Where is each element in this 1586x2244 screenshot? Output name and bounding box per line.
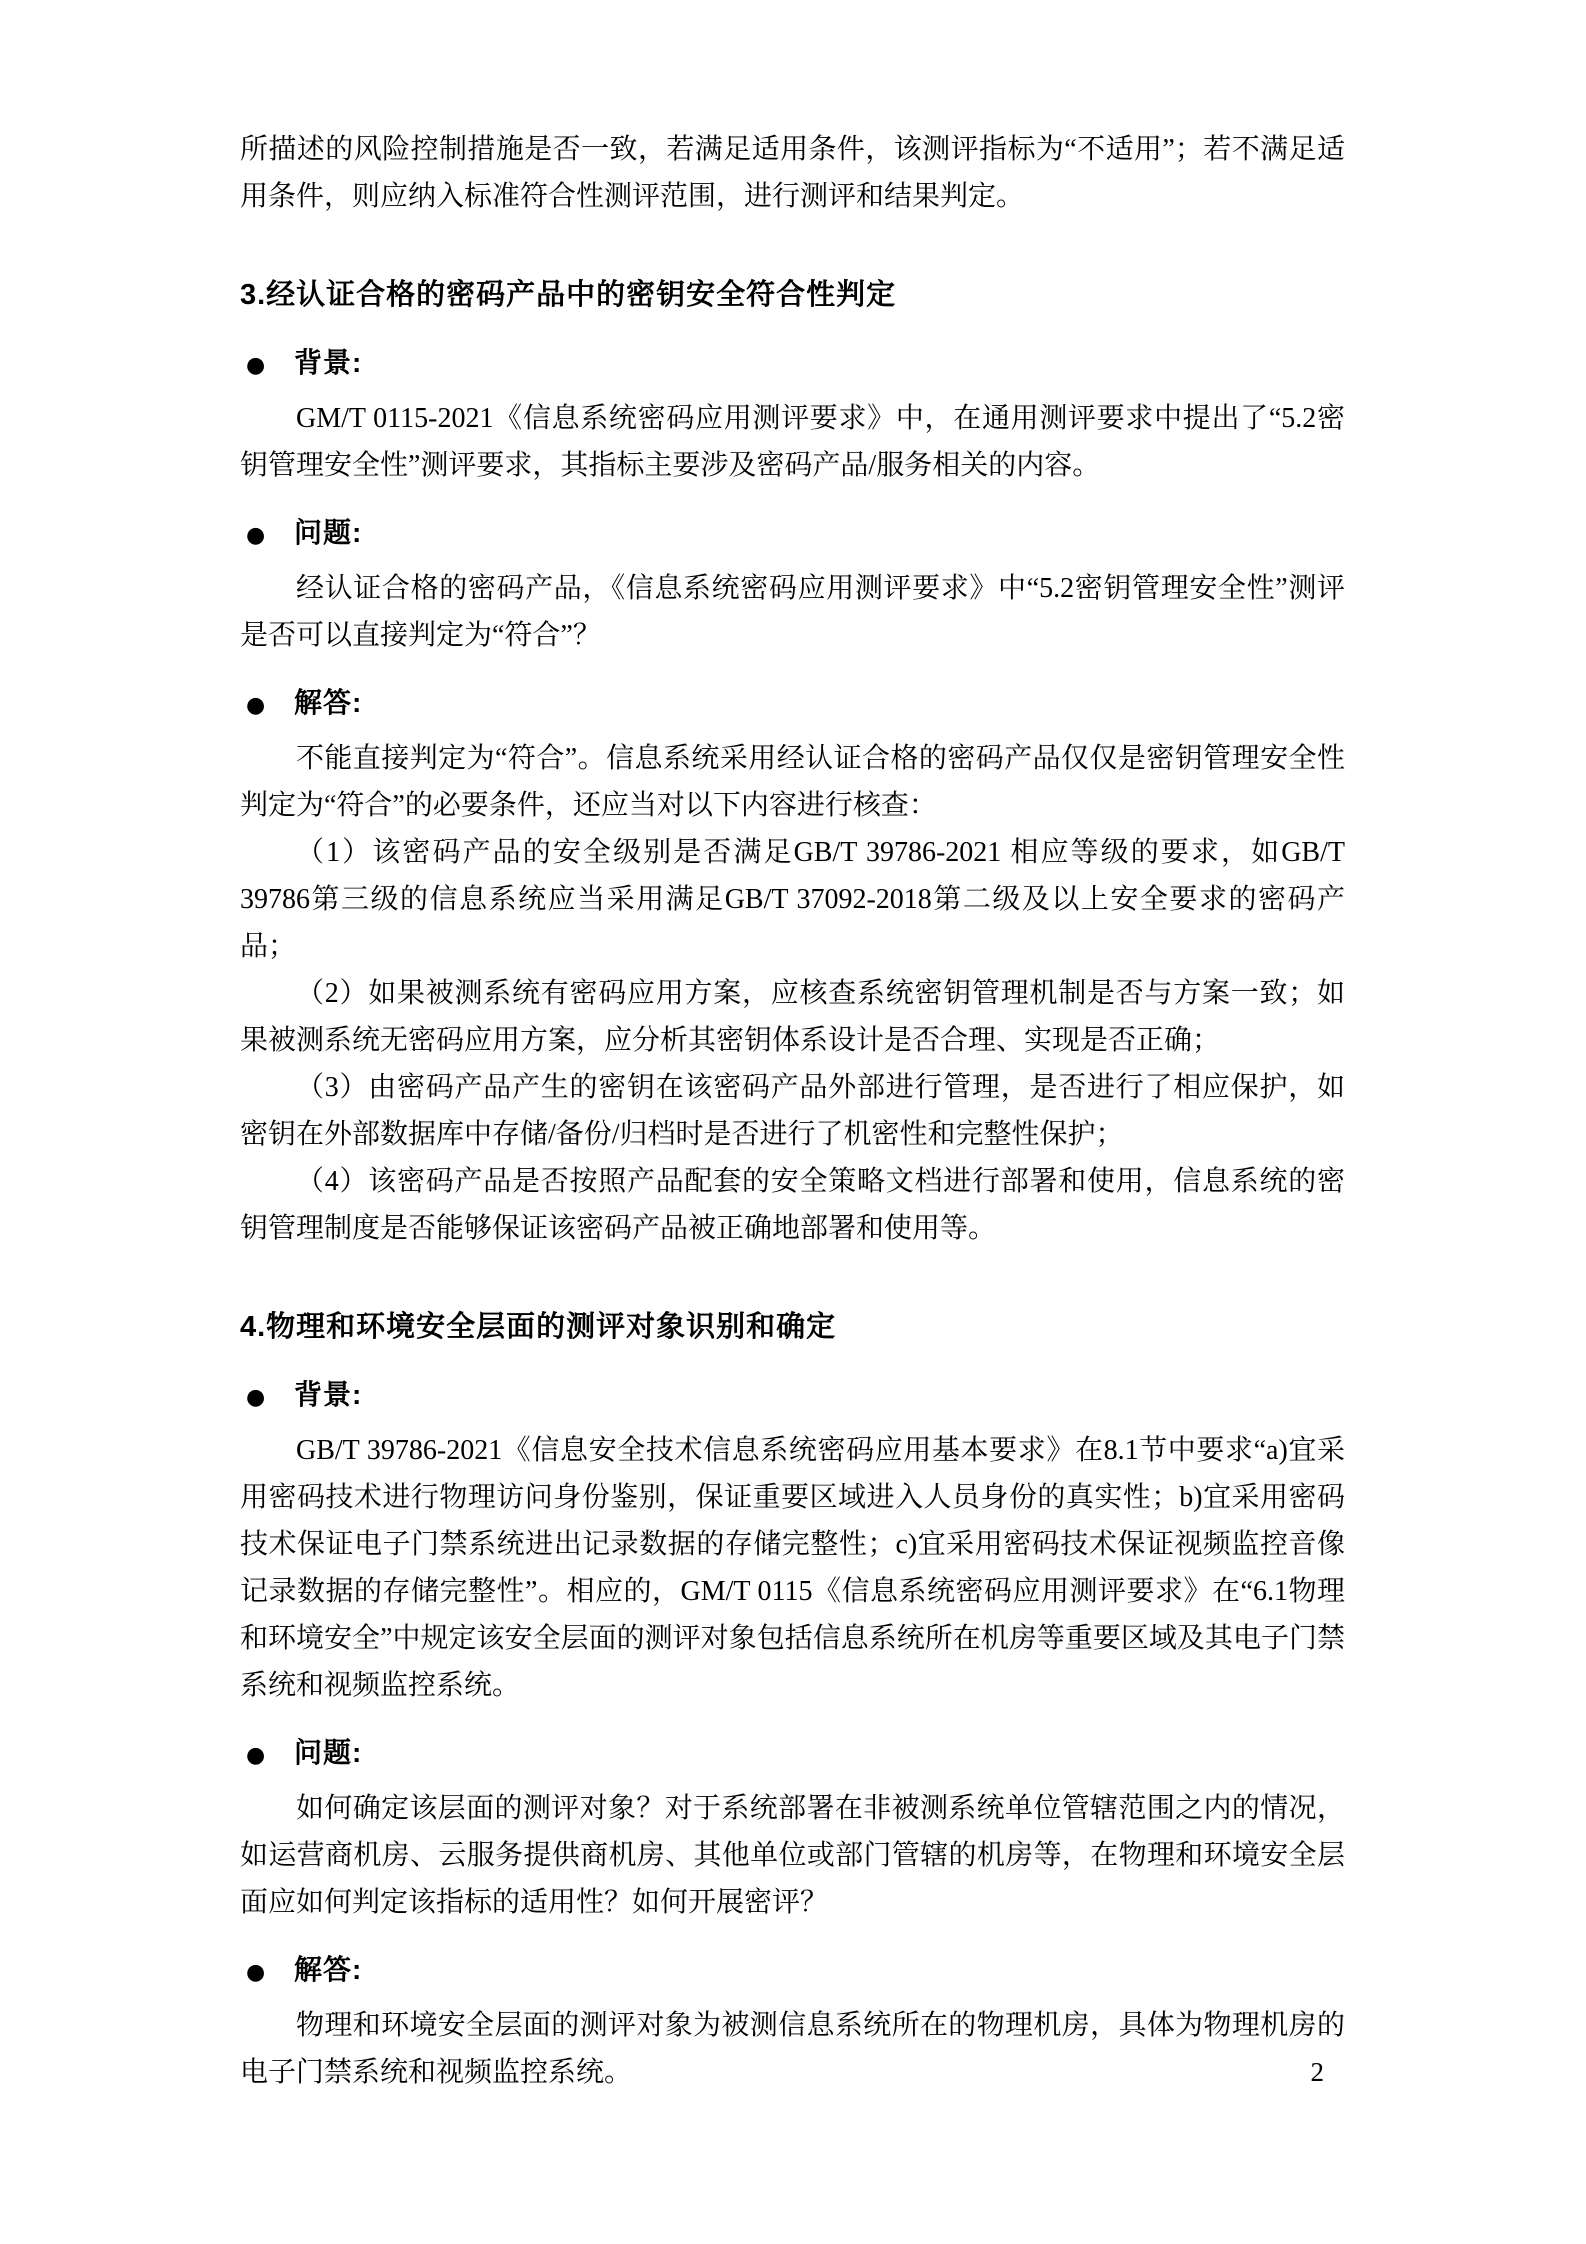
list-item-s3-question: ● 问题: (240, 509, 1345, 559)
section-4-heading: 4.物理和环境安全层面的测评对象识别和确定 (240, 1304, 1345, 1351)
paragraph-s3-question: 经认证合格的密码产品，《信息系统密码应用测评要求》中“5.2密钥管理安全性”测评… (240, 565, 1345, 659)
bullet-label-answer: 解答: (294, 679, 362, 726)
bullet-icon: ● (240, 1732, 294, 1779)
list-item-s3-background: ● 背景: (240, 339, 1345, 389)
paragraph-s3-answer-point-3: （3）由密码产品产生的密钥在该密码产品外部进行管理，是否进行了相应保护，如密钥在… (240, 1064, 1345, 1158)
paragraph-s3-background: GM/T 0115-2021《信息系统密码应用测评要求》中，在通用测评要求中提出… (240, 395, 1345, 489)
bullet-icon: ● (240, 342, 294, 389)
bullet-icon: ● (240, 1374, 294, 1421)
paragraph-s3-answer-main: 不能直接判定为“符合”。信息系统采用经认证合格的密码产品仅仅是密钥管理安全性判定… (240, 735, 1345, 829)
bullet-label-answer: 解答: (294, 1946, 362, 1993)
bullet-icon: ● (240, 1949, 294, 1996)
paragraph-intro: 所描述的风险控制措施是否一致，若满足适用条件，该测评指标为“不适用”；若不满足适… (240, 126, 1345, 220)
bullet-icon: ● (240, 682, 294, 729)
paragraph-s3-answer-point-4: （4）该密码产品是否按照产品配套的安全策略文档进行部署和使用，信息系统的密钥管理… (240, 1158, 1345, 1252)
document-page: 所描述的风险控制措施是否一致，若满足适用条件，该测评指标为“不适用”；若不满足适… (0, 0, 1586, 2244)
section-3-heading: 3.经认证合格的密码产品中的密钥安全符合性判定 (240, 272, 1345, 319)
bullet-label-question: 问题: (294, 509, 362, 556)
list-item-s4-background: ● 背景: (240, 1371, 1345, 1421)
bullet-label-background: 背景: (294, 1371, 362, 1418)
paragraph-s3-answer-point-2: （2）如果被测系统有密码应用方案，应核查系统密钥管理机制是否与方案一致；如果被测… (240, 970, 1345, 1064)
paragraph-s4-question: 如何确定该层面的测评对象？对于系统部署在非被测系统单位管辖范围之内的情况，如运营… (240, 1785, 1345, 1926)
bullet-label-background: 背景: (294, 339, 362, 386)
list-item-s4-answer: ● 解答: (240, 1946, 1345, 1996)
page-number: 2 (1311, 2052, 1325, 2092)
bullet-icon: ● (240, 512, 294, 559)
list-item-s3-answer: ● 解答: (240, 679, 1345, 729)
paragraph-s3-answer-point-1: （1）该密码产品的安全级别是否满足GB/T 39786-2021 相应等级的要求… (240, 829, 1345, 970)
paragraph-s4-background: GB/T 39786-2021《信息安全技术信息系统密码应用基本要求》在8.1节… (240, 1427, 1345, 1709)
list-item-s4-question: ● 问题: (240, 1729, 1345, 1779)
bullet-label-question: 问题: (294, 1729, 362, 1776)
paragraph-s4-answer: 物理和环境安全层面的测评对象为被测信息系统所在的物理机房，具体为物理机房的电子门… (240, 2002, 1345, 2096)
